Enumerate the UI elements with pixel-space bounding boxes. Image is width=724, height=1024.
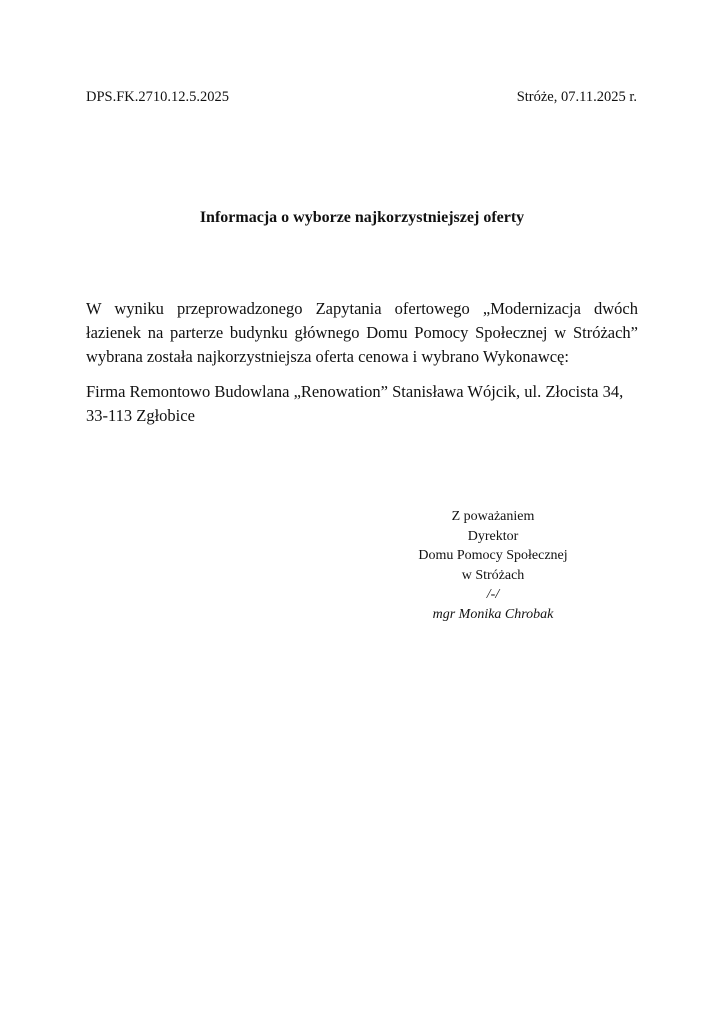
signature-institution-line-2: w Stróżach [393, 566, 593, 586]
place-and-date: Stróże, 07.11.2025 r. [517, 88, 637, 106]
signature-name: mgr Monika Chrobak [393, 605, 593, 625]
document-title: Informacja o wyborze najkorzystniejszej … [0, 208, 724, 228]
signature-institution-line-1: Domu Pomocy Społecznej [393, 546, 593, 566]
body-paragraph-inquiry: W wyniku przeprowadzonego Zapytania ofer… [86, 297, 638, 369]
body-paragraph-contractor: Firma Remontowo Budowlana „Renowation” S… [86, 380, 638, 428]
signature-closing: Z poważaniem [393, 507, 593, 527]
signature-position: Dyrektor [393, 527, 593, 547]
signature-block: Z poważaniem Dyrektor Domu Pomocy Społec… [393, 507, 593, 624]
reference-number: DPS.FK.2710.12.5.2025 [86, 88, 229, 106]
signature-signed-mark: /-/ [393, 585, 593, 605]
document-page: DPS.FK.2710.12.5.2025 Stróże, 07.11.2025… [0, 0, 724, 1024]
